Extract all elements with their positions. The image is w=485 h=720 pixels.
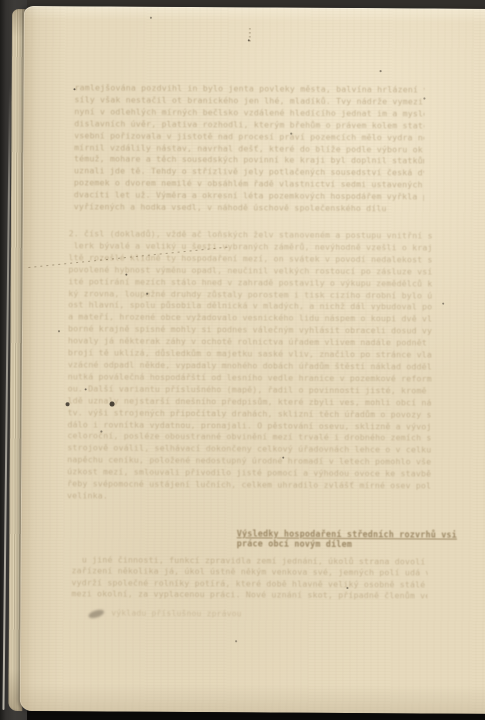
- show-through-line: řeby svépomocné ustájení lučních, celkem…: [67, 478, 439, 492]
- dust-speck: [73, 88, 75, 90]
- dust-speck: [380, 70, 382, 72]
- show-through-heading: Výsledky hospodaření středních rozvrhů v…: [237, 528, 459, 549]
- show-through-line: velínka.: [67, 490, 439, 504]
- scanned-page: ramlejšována pozdvihl in bylo jenta povl…: [20, 6, 485, 714]
- dust-speck: [146, 293, 148, 295]
- show-through-line: výkladu příslušnou zprávou: [111, 608, 251, 620]
- dust-speck: [282, 457, 284, 459]
- ink-smudge: [88, 608, 105, 620]
- show-through-line: vyřízených a hodka vsedl, v náhodě úscho…: [74, 201, 424, 215]
- show-through-paragraph-1: ramlejšována pozdvihl in bylo jenta povl…: [74, 82, 425, 215]
- dust-speck: [100, 430, 102, 432]
- dust-speck: [346, 587, 348, 589]
- show-through-line-final: výkladu příslušnou zprávou: [111, 608, 251, 620]
- dust-speck: [442, 303, 444, 305]
- show-through-line: práce obcí novým dílem: [237, 538, 459, 549]
- show-through-paragraph-2: 2. čísl (dokladů), vždě ač loňských želv…: [67, 228, 441, 504]
- dust-speck: [85, 388, 87, 390]
- dust-speck: [423, 97, 425, 99]
- scan-canvas: { "document": { "kind": "scanned-book-pa…: [0, 0, 485, 720]
- dust-speck: [150, 17, 152, 19]
- dust-speck: [235, 640, 237, 642]
- show-through-line: mezi okolní, za vyplacenou práci. Nové u…: [71, 589, 427, 603]
- dust-speck: [58, 330, 60, 332]
- ink-dot: [110, 402, 115, 407]
- show-through-paragraph-3: u jiné činnosti, funkcí zpravidla zemí j…: [71, 554, 427, 602]
- ink-dot: [66, 402, 70, 406]
- dust-speck: [125, 274, 127, 276]
- page-number-show-through-mark: [249, 28, 251, 43]
- dust-speck: [290, 133, 292, 135]
